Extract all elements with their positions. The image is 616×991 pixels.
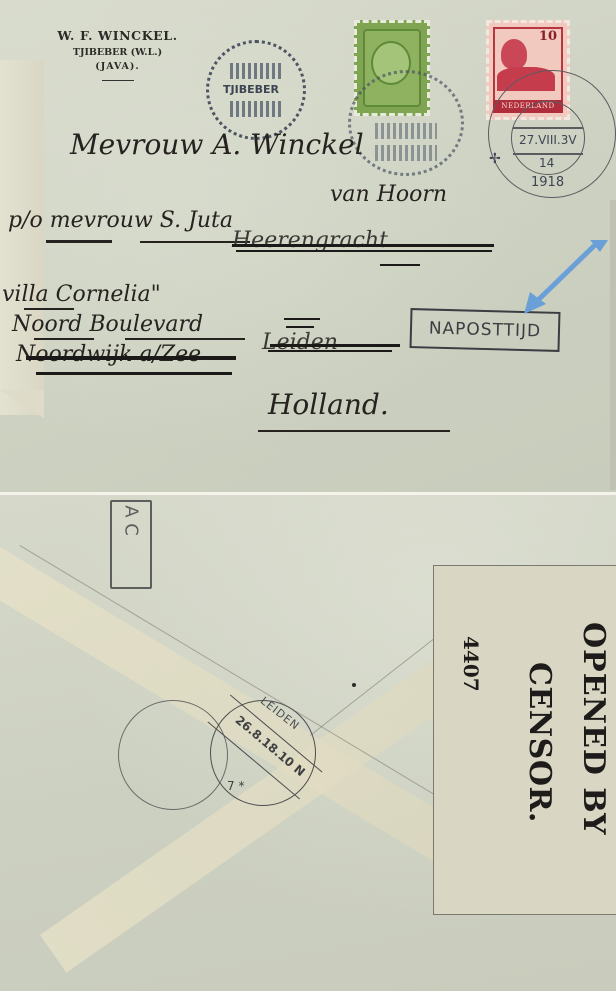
postmark-tjibeber: TJIBEBER: [206, 40, 306, 140]
envelope-front: W. F. WINCKEL. TJIBEBER (W.L.) (JAVA). T…: [0, 0, 616, 492]
ac-box-text: A C: [121, 502, 142, 540]
postmark-bars-bottom: [230, 101, 283, 117]
ac-box-stamp: A C: [110, 500, 152, 589]
return-address: W. F. WINCKEL. TJIBEBER (W.L.) (JAVA).: [30, 28, 205, 81]
sender-place: TJIBEBER (W.L.): [30, 47, 205, 58]
city-line: Noordwijk a/Zee: [16, 342, 201, 367]
strike-line: [36, 372, 232, 375]
care-of-line: p/o mevrouw S. Juta: [8, 208, 233, 233]
villa-line: villa Cornelia": [2, 282, 161, 307]
ink-speck: [352, 683, 356, 687]
postmark-leiden: LEIDEN 26.8.18.10 N 7 *: [210, 700, 316, 806]
underline: [34, 338, 94, 340]
postmark-text: TJIBEBER: [223, 83, 279, 96]
strike-line: [236, 250, 492, 252]
queen-portrait-icon: [501, 39, 527, 69]
addressee-name: Mevrouw A. Winckel: [70, 128, 364, 161]
underline: [125, 338, 245, 340]
postmark-code: 7 *: [227, 779, 244, 793]
censor-line2: CENSOR.: [522, 662, 557, 823]
strike-line: [268, 350, 392, 352]
censor-label: OPENED BY CENSOR. 4407: [433, 565, 616, 915]
stamp-value: 10: [539, 29, 557, 44]
postmark-line2: 14: [539, 156, 554, 170]
postmark-dotted: [348, 70, 464, 176]
strike-line: [286, 326, 314, 328]
postmark-line: [513, 127, 583, 129]
postmark-line: [513, 153, 583, 155]
postmark-bars-2: [375, 145, 437, 161]
addressee-line2: van Hoorn: [330, 182, 447, 207]
postmark-bars-top: [230, 63, 283, 79]
postmark-date-text: 27.VIII.3V: [519, 133, 577, 147]
postmark-year: 1918: [531, 175, 564, 190]
country-line: Holland.: [268, 388, 389, 421]
censor-number: 4407: [459, 636, 483, 692]
sender-name: W. F. WINCKEL.: [30, 28, 205, 43]
postmark-star-icon: ✢: [489, 151, 501, 167]
strike-line: [284, 318, 320, 320]
postmark-bars: [375, 123, 437, 139]
sender-region: (JAVA).: [30, 61, 205, 72]
postmark-date: 27.VIII.3V 14 1918 ✢: [488, 70, 616, 198]
underline: [46, 240, 112, 243]
strike-line: [26, 356, 236, 360]
strike-line: [232, 244, 494, 247]
censor-text-rotated: OPENED BY CENSOR. 4407: [434, 566, 616, 916]
envelope-right-edge: [610, 200, 616, 490]
censor-line1: OPENED BY: [576, 622, 611, 836]
underline: [24, 308, 74, 310]
strike-line: [380, 264, 420, 266]
strike-line: [270, 344, 400, 347]
blue-arrow-icon: [520, 238, 610, 318]
address-rule: [102, 80, 134, 81]
underline: [258, 430, 450, 432]
street-line: Noord Boulevard: [12, 312, 203, 337]
torn-edge-tip: [0, 390, 44, 418]
